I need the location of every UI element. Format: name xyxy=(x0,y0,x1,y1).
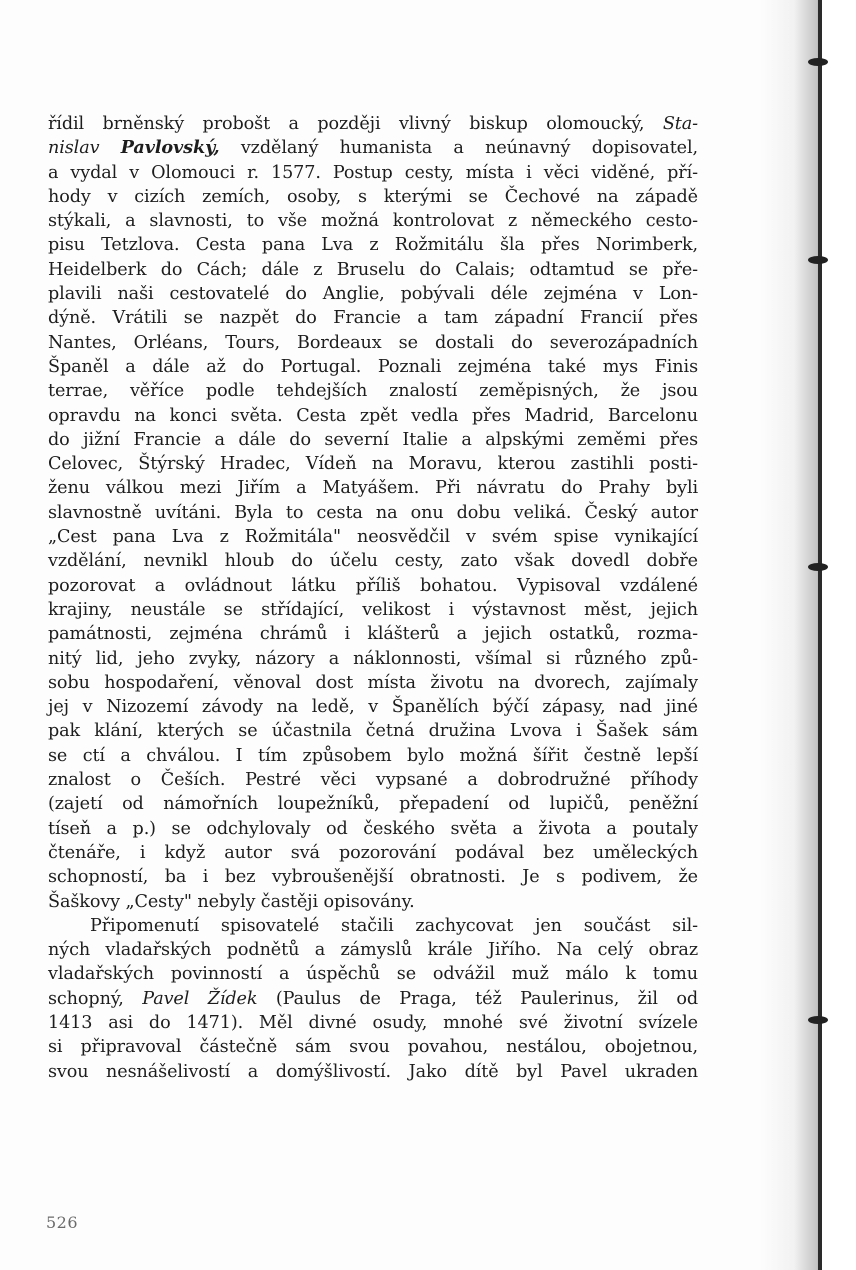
text-line: nitý lid, jeho zvyky, názory a náklonnos… xyxy=(48,647,698,671)
text-line: vladařských povinností a úspěchů se odvá… xyxy=(48,962,698,986)
text-run: slavnostně uvítáni. Byla to cesta na onu… xyxy=(48,503,698,523)
text-line: znalost o Češích. Pestré věci vypsané a … xyxy=(48,768,698,792)
text-run: (zajetí od námořních loupežníků, přepade… xyxy=(48,794,698,814)
text-line: hody v cizích zemích, osoby, s kterými s… xyxy=(48,185,698,209)
text-line: Připomenutí spisovatelé stačili zachycov… xyxy=(48,914,698,938)
page-gutter-shadow xyxy=(760,0,822,1270)
text-run: znalost o Češích. Pestré věci vypsané a … xyxy=(48,770,698,790)
text-line: Heidelberk do Cách; dále z Bruselu do Ca… xyxy=(48,258,698,282)
text-line: a vydal v Olomouci r. 1577. Postup cesty… xyxy=(48,161,698,185)
text-line: opravdu na konci světa. Cesta zpět vedla… xyxy=(48,404,698,428)
text-run: „Cest pana Lva z Rožmitála" neosvědčil v… xyxy=(48,527,698,547)
text-run: pisu Tetzlova. Cesta pana Lva z Rožmitál… xyxy=(48,235,698,255)
text-run: se ctí a chválou. I tím způsobem bylo mo… xyxy=(48,746,698,766)
scan-margin xyxy=(822,0,856,1270)
text-line: „Cest pana Lva z Rožmitála" neosvědčil v… xyxy=(48,525,698,549)
text-line: (zajetí od námořních loupežníků, přepade… xyxy=(48,792,698,816)
text-line: dýně. Vrátili se nazpět do Francie a tam… xyxy=(48,306,698,330)
text-line: vzdělání, nevnikl hloub do účelu cesty, … xyxy=(48,549,698,573)
text-line: jej v Nizozemí závody na ledě, v Španělí… xyxy=(48,695,698,719)
text-run: dýně. Vrátili se nazpět do Francie a tam… xyxy=(48,308,698,328)
stitch-hole xyxy=(808,1016,828,1024)
emphasized-text: Pavlovský, xyxy=(121,137,220,158)
text-line: schopný, Pavel Žídek (Paulus de Praga, t… xyxy=(48,987,698,1011)
text-line: plavili naši cestovatelé do Anglie, pobý… xyxy=(48,282,698,306)
text-run: tíseň a p.) se odchylovaly od českého sv… xyxy=(48,819,698,839)
emphasized-text: Pavel Žídek xyxy=(142,989,257,1009)
text-run: Celovec, Štýrský Hradec, Vídeň na Moravu… xyxy=(48,454,698,474)
text-line: Šaškovy „Cesty" nebyly častěji opisovány… xyxy=(48,890,698,914)
text-run: plavili naši cestovatelé do Anglie, pobý… xyxy=(48,284,698,304)
text-line: ných vladařských podnětů a zámyslů krále… xyxy=(48,938,698,962)
text-run: ženu válkou mezi Jiřím a Matyášem. Při n… xyxy=(48,478,698,498)
text-run: svou nesnášelivostí a domýšlivostí. Jako… xyxy=(48,1062,698,1082)
text-run: schopností, ba i bez vybroušenější obrat… xyxy=(48,867,698,887)
text-run: ných vladařských podnětů a zámyslů krále… xyxy=(48,940,698,960)
text-line: čtenáře, i když autor svá pozorování pod… xyxy=(48,841,698,865)
text-run: památnosti, zejména chrámů i klášterů a … xyxy=(48,624,698,644)
book-page: řídil brněnský probošt a později vlivný … xyxy=(0,0,856,1270)
text-line: Nantes, Orléans, Tours, Bordeaux se dost… xyxy=(48,331,698,355)
text-line: nislav Pavlovský, vzdělaný humanista a n… xyxy=(48,136,698,160)
text-line: pozorovat a ovládnout látku příliš bohat… xyxy=(48,574,698,598)
text-run: sobu hospodaření, věnoval dost místa živ… xyxy=(48,673,698,693)
text-run: do jižní Francie a dále do severní Itali… xyxy=(48,430,698,450)
text-run: čtenáře, i když autor svá pozorování pod… xyxy=(48,843,698,863)
text-run: vzdělání, nevnikl hloub do účelu cesty, … xyxy=(48,551,698,571)
text-line: stýkali, a slavnosti, to vše možná kontr… xyxy=(48,209,698,233)
text-line: tíseň a p.) se odchylovaly od českého sv… xyxy=(48,817,698,841)
stitch-hole xyxy=(808,563,828,571)
text-run: Španěl a dále až do Portugal. Poznali ze… xyxy=(48,357,698,377)
stitch-hole xyxy=(808,58,828,66)
text-line: se ctí a chválou. I tím způsobem bylo mo… xyxy=(48,744,698,768)
text-line: terrae, věříce podle tehdejších znalostí… xyxy=(48,379,698,403)
text-run: Šaškovy „Cesty" nebyly častěji opisovány… xyxy=(48,892,415,912)
text-line: Španěl a dále až do Portugal. Poznali ze… xyxy=(48,355,698,379)
text-run: terrae, věříce podle tehdejších znalostí… xyxy=(48,381,698,401)
text-run: Nantes, Orléans, Tours, Bordeaux se dost… xyxy=(48,333,698,353)
text-line: ženu válkou mezi Jiřím a Matyášem. Při n… xyxy=(48,476,698,500)
text-run: (Paulus de Praga, též Paulerinus, žil od xyxy=(257,989,698,1009)
text-run: hody v cizích zemích, osoby, s kterými s… xyxy=(48,187,698,207)
text-line: památnosti, zejména chrámů i klášterů a … xyxy=(48,622,698,646)
text-run: opravdu na konci světa. Cesta zpět vedla… xyxy=(48,406,698,426)
text-run: si připravoval částečně sám svou povahou… xyxy=(48,1037,698,1057)
text-run: vzdělaný humanista a neúnavný dopisovate… xyxy=(220,138,698,158)
text-run: pozorovat a ovládnout látku příliš bohat… xyxy=(48,576,698,596)
text-run: nitý lid, jeho zvyky, názory a náklonnos… xyxy=(48,649,698,669)
text-run: krajiny, neustále se střídající, velikos… xyxy=(48,600,698,620)
text-line: schopností, ba i bez vybroušenější obrat… xyxy=(48,865,698,889)
text-run: řídil brněnský probošt a později vlivný … xyxy=(48,114,663,134)
text-line: pak klání, kterých se účastnila četná dr… xyxy=(48,719,698,743)
text-line: Celovec, Štýrský Hradec, Vídeň na Moravu… xyxy=(48,452,698,476)
text-line: 1413 asi do 1471). Měl divné osudy, mnoh… xyxy=(48,1011,698,1035)
stitch-hole xyxy=(808,256,828,264)
text-run: a vydal v Olomouci r. 1577. Postup cesty… xyxy=(48,163,698,183)
text-run: schopný, xyxy=(48,989,142,1009)
text-line: pisu Tetzlova. Cesta pana Lva z Rožmitál… xyxy=(48,233,698,257)
text-line: slavnostně uvítáni. Byla to cesta na onu… xyxy=(48,501,698,525)
emphasized-text: Sta- xyxy=(663,114,698,134)
page-number: 526 xyxy=(46,1213,78,1232)
text-run: Heidelberk do Cách; dále z Bruselu do Ca… xyxy=(48,260,698,280)
text-run: pak klání, kterých se účastnila četná dr… xyxy=(48,721,698,741)
text-line: si připravoval částečně sám svou povahou… xyxy=(48,1035,698,1059)
text-line: do jižní Francie a dále do severní Itali… xyxy=(48,428,698,452)
emphasized-text: nislav xyxy=(48,138,121,158)
text-run: stýkali, a slavnosti, to vše možná kontr… xyxy=(48,211,698,231)
text-line: svou nesnášelivostí a domýšlivostí. Jako… xyxy=(48,1060,698,1084)
text-run: jej v Nizozemí závody na ledě, v Španělí… xyxy=(48,697,698,717)
text-line: řídil brněnský probošt a později vlivný … xyxy=(48,112,698,136)
body-text: řídil brněnský probošt a později vlivný … xyxy=(48,112,698,1084)
text-run: vladařských povinností a úspěchů se odvá… xyxy=(48,964,698,984)
text-line: krajiny, neustále se střídající, velikos… xyxy=(48,598,698,622)
text-run: Připomenutí spisovatelé stačili zachycov… xyxy=(90,916,698,936)
text-run: 1413 asi do 1471). Měl divné osudy, mnoh… xyxy=(48,1013,698,1033)
text-line: sobu hospodaření, věnoval dost místa živ… xyxy=(48,671,698,695)
